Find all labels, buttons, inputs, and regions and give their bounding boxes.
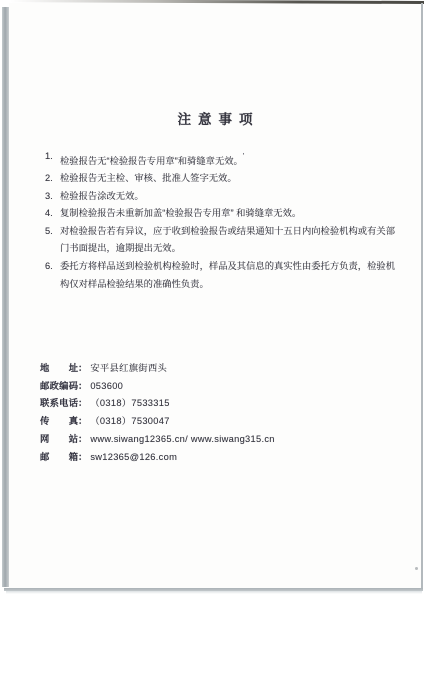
- contact-colon: ：: [78, 360, 87, 378]
- list-item: 5. 对检验报告若有异议，应于收到检验报告或结果通知十五日内向检验机构或有关部门…: [45, 223, 395, 258]
- list-item: 4. 复制检验报告未重新加盖“检验报告专用章” 和骑缝章无效。: [45, 205, 395, 223]
- page-title: 注意事项: [9, 108, 421, 128]
- scanned-document-canvas: { "notice": { "title": "注意事项", "items": …: [0, 0, 424, 700]
- contact-value: www.siwang12365.cn/ www.siwang315.cn: [90, 434, 274, 444]
- contact-block: 地址：安平县红旗街西头 邮政编码：053600 联系电话：（0318）75333…: [40, 360, 401, 466]
- contact-colon: ：: [78, 431, 87, 449]
- contact-row-fax: 传真：（0318）7530047: [40, 413, 401, 431]
- contact-value: sw12365@126.com: [90, 452, 177, 462]
- contact-colon: ：: [78, 395, 87, 413]
- contact-row-phone: 联系电话：（0318）7533315: [40, 395, 401, 413]
- contact-label: 邮箱: [40, 449, 78, 467]
- scanned-page: 注意事项 1. 检验报告无“检验报告专用章”和骑缝章无效。' 2. 检验报告无主…: [9, 3, 421, 590]
- contact-label: 地址: [40, 360, 78, 378]
- list-item: 2. 检验报告无主检、审核、批准人签字无效。: [45, 170, 395, 188]
- item-text: 检验报告无主检、审核、批准人签字无效。: [60, 170, 395, 188]
- scan-edge-right: [421, 3, 423, 589]
- contact-label: 联系电话: [40, 395, 78, 413]
- contact-colon: ：: [78, 449, 87, 467]
- item-number: 4.: [45, 205, 60, 223]
- list-item: 6. 委托方将样品送到检验机构检验时，样品及其信息的真实性由委托方负责，检验机构…: [45, 258, 395, 293]
- contact-row-website: 网站：www.siwang12365.cn/ www.siwang315.cn: [40, 431, 401, 449]
- item-number: 5.: [45, 223, 60, 258]
- contact-row-email: 邮箱：sw12365@126.com: [40, 449, 401, 467]
- list-item: 1. 检验报告无“检验报告专用章”和骑缝章无效。': [45, 148, 395, 171]
- item-number: 3.: [45, 188, 60, 206]
- contact-value: （0318）7530047: [90, 416, 169, 426]
- item-text: 检验报告涂改无效。: [60, 188, 395, 206]
- scan-edge-left: [2, 7, 9, 587]
- contact-label: 网站: [40, 431, 78, 449]
- item-text: 对检验报告若有异议，应于收到检验报告或结果通知十五日内向检验机构或有关部门书面提…: [60, 223, 395, 258]
- contact-colon: ：: [78, 378, 87, 396]
- contact-colon: ：: [78, 413, 87, 431]
- contact-value: 安平县红旗街西头: [90, 363, 167, 373]
- item-number: 6.: [45, 258, 60, 293]
- item-number: 2.: [45, 170, 60, 188]
- contact-label: 邮政编码: [40, 378, 78, 396]
- stray-scan-mark: ': [243, 153, 244, 160]
- list-item: 3. 检验报告涂改无效。: [45, 188, 395, 206]
- scan-edge-bottom-shadow: [6, 591, 422, 594]
- item-text: 委托方将样品送到检验机构检验时，样品及其信息的真实性由委托方负责，检验机构仅对样…: [60, 258, 395, 293]
- scan-speck: [415, 567, 418, 570]
- contact-label: 传真: [40, 413, 78, 431]
- contact-row-address: 地址：安平县红旗街西头: [40, 360, 401, 378]
- item-text: 复制检验报告未重新加盖“检验报告专用章” 和骑缝章无效。: [60, 205, 395, 223]
- contact-value: 053600: [90, 381, 123, 391]
- item-number: 1.: [45, 148, 60, 171]
- contact-value: （0318）7533315: [90, 398, 169, 408]
- contact-row-postcode: 邮政编码：053600: [40, 378, 401, 396]
- notice-list: 1. 检验报告无“检验报告专用章”和骑缝章无效。' 2. 检验报告无主检、审核、…: [45, 148, 395, 294]
- item-text: 检验报告无“检验报告专用章”和骑缝章无效。': [60, 148, 395, 171]
